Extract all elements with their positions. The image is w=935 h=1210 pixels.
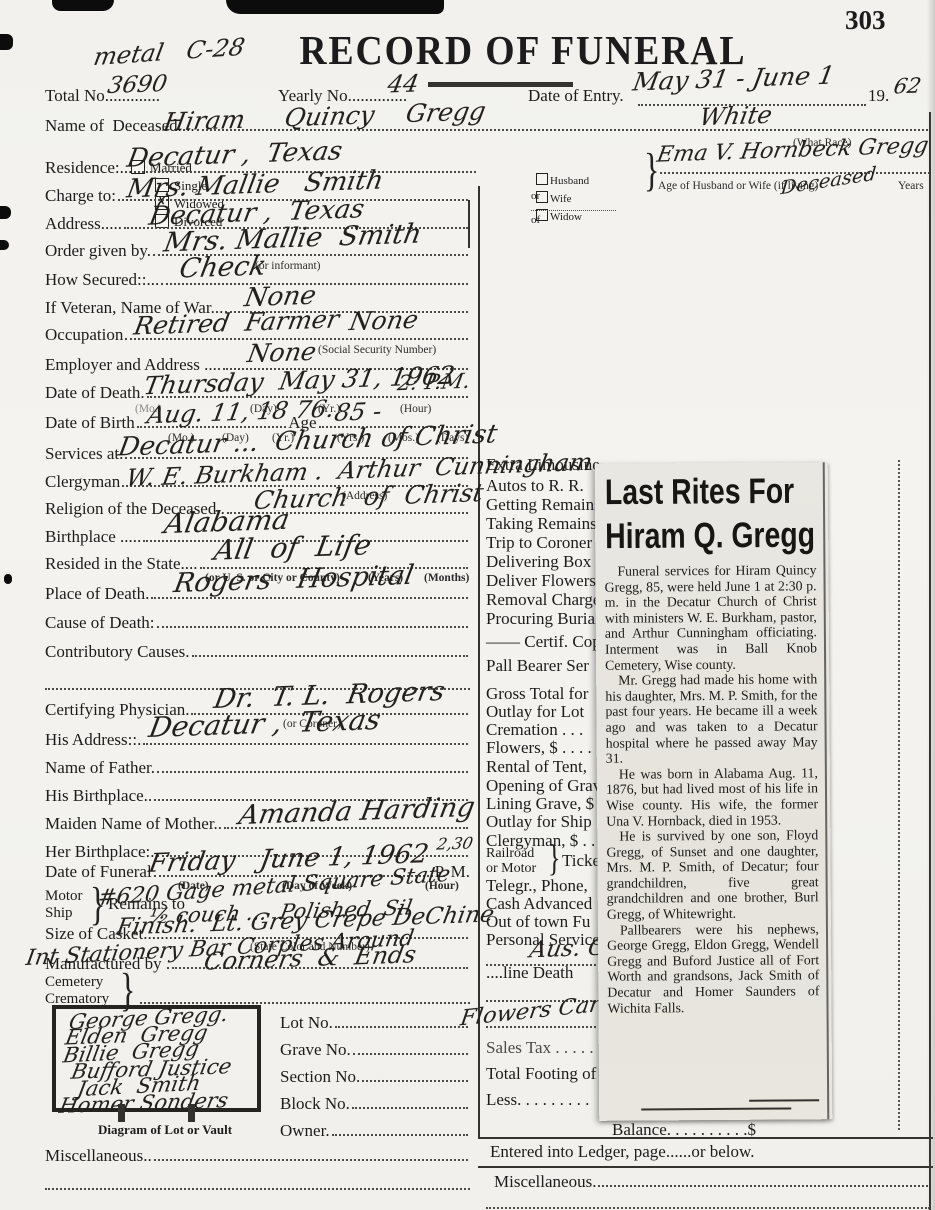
charge-item: Rental of Tent, xyxy=(486,757,587,777)
footer-rule-bottom xyxy=(478,1166,933,1168)
order-given-by-label: Order given by. xyxy=(45,241,151,261)
clipping-headline-line1: Last Rites For xyxy=(605,470,795,512)
page-number: 303 xyxy=(845,5,886,36)
pallbearer-signature: Homer Sonders xyxy=(57,1090,230,1117)
address-label: Address..... xyxy=(45,214,122,234)
services-at-label: Services at. xyxy=(45,444,123,464)
charge-item: Outlay for Lot xyxy=(486,702,584,722)
clipping-bottom-rule xyxy=(641,1107,791,1110)
diagram-tick xyxy=(188,1104,195,1122)
ssn-value: None xyxy=(348,307,421,334)
grave-no-label: Grave No. xyxy=(280,1040,351,1060)
scan-mark xyxy=(0,206,11,219)
top-note-handwriting: metal C-28 xyxy=(92,35,247,69)
charge-item: Out of town Fu xyxy=(486,912,590,932)
charge-item: Lining Grave, $ xyxy=(486,794,594,814)
leader xyxy=(598,1172,928,1187)
field-row-father: Name of Father. xyxy=(45,758,470,778)
field-row-cause-of-death: Cause of Death: xyxy=(45,613,470,633)
leader xyxy=(335,1013,468,1028)
charge-item: Deliver Flowers xyxy=(486,571,596,591)
owner-label: Owner. xyxy=(280,1121,330,1141)
her-birthplace-label: Her Birthplace:. xyxy=(45,842,155,862)
years-label: Years xyxy=(898,180,924,192)
clipping-column-rule xyxy=(823,462,830,1119)
charge-item: Cremation . . . xyxy=(486,720,583,740)
mother-label: Maiden Name of Mother.. xyxy=(45,814,222,834)
or-leader xyxy=(531,208,616,211)
leader xyxy=(353,1040,468,1055)
residence-label: Residence:... xyxy=(45,158,132,178)
charge-item: Getting Remains xyxy=(486,495,601,515)
contributory-label: Contributory Causes. xyxy=(45,642,190,662)
how-secured-value: Check xyxy=(177,253,268,283)
funeral-record-page: 303 RECORD OF FUNERAL metal C-28 Total N… xyxy=(0,0,935,1210)
miscellaneous-row: Miscellaneous.. xyxy=(45,1146,470,1166)
clipping-bottom-rule xyxy=(749,1099,819,1101)
clipping-paragraph: Funeral services for Hiram Quincy Gregg,… xyxy=(604,562,817,673)
resided-sub-months: (Months) xyxy=(424,572,469,584)
charge-item: Opening of Grave xyxy=(486,776,609,796)
or-label: or xyxy=(531,190,540,202)
charge-item: Pall Bearer Ser xyxy=(486,656,589,676)
scan-blob xyxy=(52,0,114,11)
lot-no-row: Lot No. xyxy=(280,1013,470,1033)
his-birthplace-label: His Birthplace.. xyxy=(45,786,152,806)
grave-no-row: Grave No. xyxy=(280,1040,470,1060)
page-edge-shadow xyxy=(927,0,935,1210)
funeral-hour-note: 2,30 xyxy=(435,835,474,852)
charge-item: Procuring Burial xyxy=(486,609,600,629)
lot-no-label: Lot No. xyxy=(280,1013,333,1033)
column-divider xyxy=(478,186,480,1137)
his-address-label: His Address::. xyxy=(45,730,141,750)
section-no-label: Section No. xyxy=(280,1067,360,1087)
blank-leader xyxy=(486,1205,930,1209)
or-of-line: or of xyxy=(520,178,616,238)
religion-value: Church of Christ xyxy=(252,480,486,513)
charge-item: Removal Charge xyxy=(486,590,600,610)
charge-item: Flowers, $ . . . . xyxy=(486,738,592,758)
blank-leader xyxy=(45,1186,470,1190)
his-address-value: Decatur , Texas xyxy=(147,706,383,742)
leader xyxy=(362,1067,468,1082)
railroad-brace: } xyxy=(548,837,560,881)
resided-value: All of Life xyxy=(212,531,373,564)
newspaper-clipping: Last Rites For Hiram Q. Gregg Funeral se… xyxy=(595,462,833,1121)
ship-label: Ship xyxy=(45,905,73,922)
section-no-row: Section No. xyxy=(280,1067,470,1087)
leader xyxy=(157,758,468,773)
signature-overlay: Aus. G xyxy=(528,937,609,963)
amount-column-dotted-rule xyxy=(898,460,902,1130)
occupation-value: Retired Farmer xyxy=(132,306,341,338)
diagram-caption: Diagram of Lot or Vault xyxy=(98,1122,232,1138)
field-row-contributory: Contributory Causes. xyxy=(45,642,470,662)
total-no-value: 3690 xyxy=(106,73,169,98)
mother-value: Amanda Harding xyxy=(237,794,477,829)
charge-item: Taking Remains xyxy=(486,514,597,534)
date-of-birth-label: Date of Birth xyxy=(45,413,135,433)
yearly-no-value: 44 xyxy=(386,71,421,96)
race-value: White xyxy=(698,103,774,129)
owner-row: Owner. xyxy=(280,1121,470,1141)
leader xyxy=(352,1094,468,1109)
leader xyxy=(332,1121,468,1136)
employer-value: None xyxy=(246,339,319,366)
clipping-headline-line2: Hiram Q. Gregg xyxy=(605,514,815,557)
date-of-entry-value: May 31 - June 1 xyxy=(631,63,836,95)
scan-mark xyxy=(0,240,9,250)
charge-item: Sales Tax . . . . . xyxy=(486,1038,594,1058)
date-of-birth-value: Aug. 11, 18 76. xyxy=(145,397,336,427)
leader xyxy=(154,1146,468,1161)
diagram-tick xyxy=(118,1104,125,1122)
motor-label: Motor xyxy=(45,888,83,905)
miscellaneous-right-label: Miscellaneous. xyxy=(494,1172,596,1192)
of-label: of xyxy=(531,214,540,226)
miscellaneous-label: Miscellaneous.. xyxy=(45,1146,152,1166)
clipping-paragraph: Mr. Gregg had made his home with his dau… xyxy=(605,671,818,766)
resided-label: Resided in the State.... xyxy=(45,554,198,574)
or-motor-label: or Motor xyxy=(486,861,536,877)
leader xyxy=(192,642,469,657)
cause-of-death-label: Cause of Death: xyxy=(45,613,155,633)
scan-blob xyxy=(226,0,444,14)
clipping-paragraph: He was born in Alabama Aug. 11, 1876, bu… xyxy=(606,765,818,829)
miscellaneous-right-row: Miscellaneous. xyxy=(494,1172,930,1192)
charge-item: Delivering Box xyxy=(486,552,591,572)
father-label: Name of Father. xyxy=(45,758,155,778)
place-of-death-value: Rogers Hospital xyxy=(172,562,416,597)
entered-into-ledger: Entered into Ledger, page......or below. xyxy=(490,1142,754,1162)
scan-mark xyxy=(0,34,13,50)
date-of-death-label: Date of Death. xyxy=(45,383,145,403)
death-hour-value: 2: P.M. xyxy=(396,371,472,394)
date-of-entry-label: Date of Entry. xyxy=(528,86,624,106)
residence-value: Decatur , Texas xyxy=(125,138,344,171)
clipping-paragraph: He is survived by one son, Floyd Gregg, … xyxy=(606,827,819,922)
clipping-paragraph: Pallbearers were his nephews, George Gre… xyxy=(607,921,820,1016)
charge-item: Total Footing of xyxy=(486,1064,596,1084)
birthplace-label: Birthplace ..... xyxy=(45,527,141,547)
railroad-label: Railroad xyxy=(486,846,534,862)
charge-item: Less. . . . . . . . . xyxy=(486,1090,589,1110)
age-value: 85 - xyxy=(333,399,384,425)
place-of-death-label: Place of Death. xyxy=(45,584,149,604)
spouse-name-value: Ema V. Hornbeck Gregg xyxy=(655,135,930,166)
charge-item: Gross Total for xyxy=(486,684,588,704)
charge-item: Outlay for Ship xyxy=(486,812,592,832)
entry-year-value: 62 xyxy=(892,76,923,98)
balance-label: Balance. . . . . . . . . .$ xyxy=(612,1120,756,1140)
how-secured-label: How Secured::... xyxy=(45,270,159,290)
charge-item: Trip to Coroner xyxy=(486,533,592,553)
scan-mark xyxy=(4,574,12,584)
leader xyxy=(157,613,468,628)
occupation-label: Occupation xyxy=(45,325,123,345)
block-no-row: Block No. xyxy=(280,1094,470,1114)
charge-item: Telegr., Phone, xyxy=(486,876,588,896)
clergyman-label: Clergyman xyxy=(45,472,120,492)
entry-year-printed: 19. xyxy=(868,86,889,106)
charge-to-label: Charge to: xyxy=(45,186,116,206)
block-no-label: Block No. xyxy=(280,1094,350,1114)
charge-item: Cash Advanced xyxy=(486,894,592,914)
charge-item: ....line Death xyxy=(486,963,573,983)
spouse-leader xyxy=(660,170,930,174)
clipping-body: Funeral services for Hiram Quincy Gregg,… xyxy=(604,562,819,1016)
cemetery-label: Cemetery xyxy=(45,974,103,991)
